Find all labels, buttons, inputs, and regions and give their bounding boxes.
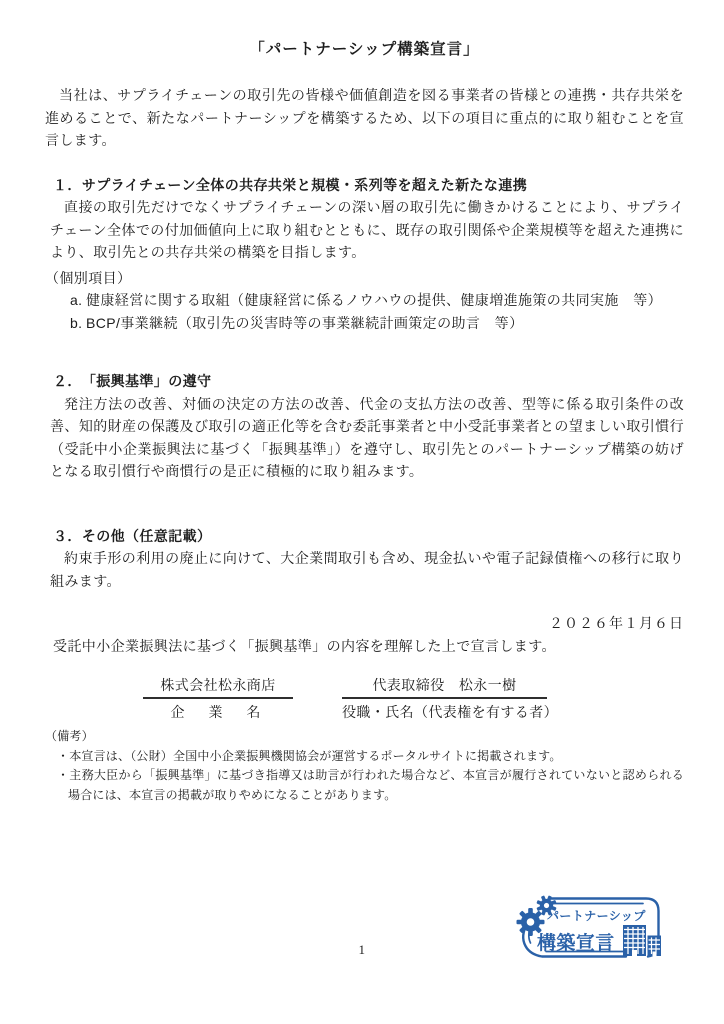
section-2-number: ２． xyxy=(53,370,82,393)
company-name-label: 企 業 名 xyxy=(143,702,293,722)
signature-company: 株式会社松永商店 企 業 名 xyxy=(143,675,293,722)
gear-icon-large xyxy=(517,908,545,936)
page-number: 1 xyxy=(0,942,724,958)
remark-item-1: ・本宣言は、（公財）全国中小企業振興機関協会が運営するポータルサイトに掲載されま… xyxy=(57,747,684,767)
section-1-number: １． xyxy=(53,174,82,197)
intro-paragraph: 当社は、サプライチェーンの取引先の皆様や価値創造を図る事業者の皆様との連携・共存… xyxy=(45,84,684,152)
section-1-body: 直接の取引先だけでなくサプライチェーンの深い層の取引先に働きかけることにより、サ… xyxy=(50,196,684,264)
item-b-marker: b. xyxy=(70,312,86,335)
remarks-section: （備考） ・本宣言は、（公財）全国中小企業振興機関協会が運営するポータルサイトに… xyxy=(45,727,684,805)
list-item-b: b. BCP/事業継続（取引先の災害時等の事業継続計画策定の助言 等） xyxy=(70,312,684,335)
item-a-text: 健康経営に関する取組（健康経営に係るノウハウの提供、健康増進施策の共同実施 等） xyxy=(86,289,662,312)
remark-item-2: ・主務大臣から「振興基準」に基づき指導又は助言が行われた場合など、本宣言が履行さ… xyxy=(57,766,684,805)
individual-items-label: （個別項目） xyxy=(45,267,684,290)
document-page: 「パートナーシップ構築宣言」 当社は、サプライチェーンの取引先の皆様や価値創造を… xyxy=(0,0,724,1024)
section-1-title: サプライチェーン全体の共存共栄と規模・系列等を超えた新たな連携 xyxy=(82,177,527,193)
signature-block: 株式会社松永商店 企 業 名 代表取締役 松永一樹 役職・氏名（代表権を有する者… xyxy=(45,675,684,722)
section-3-body: 約束手形の利用の廃止に向けて、大企業間取引も含め、現金払いや電子記録債権への移行… xyxy=(50,547,684,592)
section-1-heading: １．サプライチェーン全体の共存共栄と規模・系列等を超えた新たな連携 xyxy=(53,174,684,197)
item-a-marker: a. xyxy=(70,289,86,312)
representative-name-label: 役職・氏名（代表権を有する者） xyxy=(342,702,547,722)
section-2-heading: ２．「振興基準」の遵守 xyxy=(53,370,684,393)
section-3-heading: ３．その他（任意記載） xyxy=(53,525,684,548)
representative-name-value: 代表取締役 松永一樹 xyxy=(342,675,547,699)
section-3-number: ３． xyxy=(53,525,82,548)
list-item-a: a. 健康経営に関する取組（健康経営に係るノウハウの提供、健康増進施策の共同実施… xyxy=(70,289,684,312)
page-title: 「パートナーシップ構築宣言」 xyxy=(45,40,684,60)
company-name-value: 株式会社松永商店 xyxy=(143,675,293,699)
logo-line1: パートナーシップ xyxy=(547,908,646,923)
remarks-label: （備考） xyxy=(45,727,684,747)
section-3-title: その他（任意記載） xyxy=(82,528,212,544)
signature-representative: 代表取締役 松永一樹 役職・氏名（代表権を有する者） xyxy=(342,675,547,722)
section-2-body: 発注方法の改善、対価の決定の方法の改善、代金の支払方法の改善、型等に係る取引条件… xyxy=(50,393,684,483)
declaration-date: ２０２６年１月６日 xyxy=(45,612,684,635)
declaration-statement: 受託中小企業振興法に基づく「振興基準」の内容を理解した上で宣言します。 xyxy=(53,635,684,658)
item-b-text: BCP/事業継続（取引先の災害時等の事業継続計画策定の助言 等） xyxy=(86,312,523,335)
section-2-title: 「振興基準」の遵守 xyxy=(82,373,212,389)
